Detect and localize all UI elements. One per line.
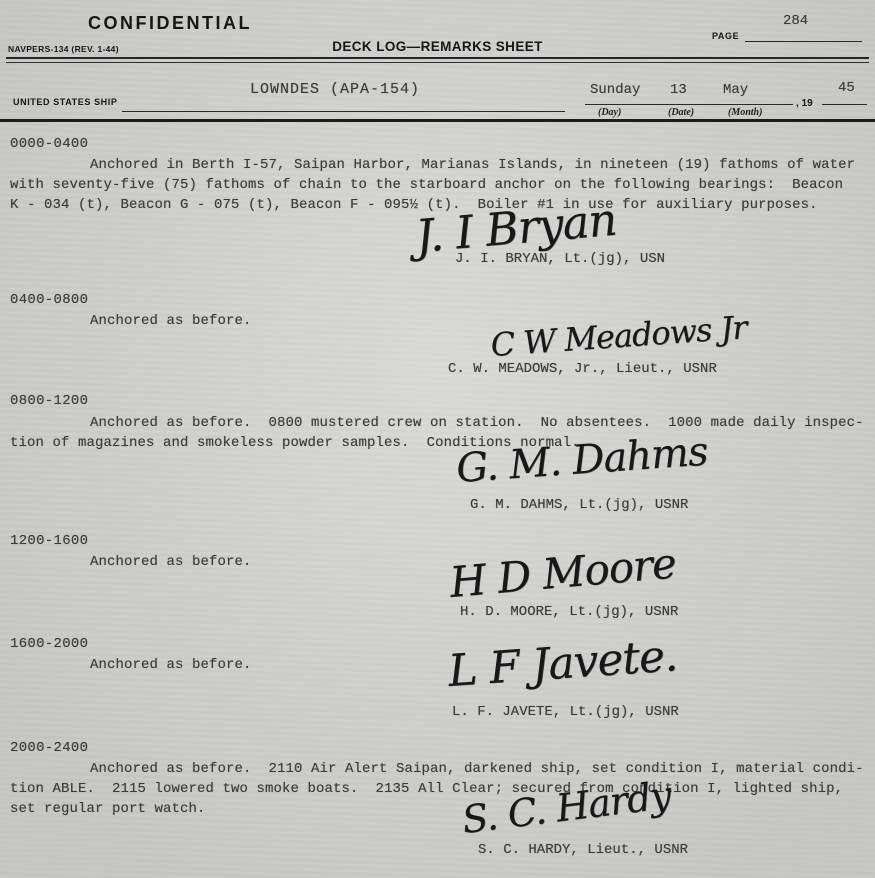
year-prefix: , 19	[796, 98, 813, 109]
typed-signature: C. W. MEADOWS, Jr., Lieut., USNR	[448, 361, 717, 377]
watch-period: 1600-2000	[10, 636, 88, 652]
date-month-label: (Month)	[728, 107, 762, 118]
handwritten-signature: H D Moore	[448, 538, 678, 607]
date-date-value: 13	[670, 82, 687, 98]
typed-signature: J. I. BRYAN, Lt.(jg), USN	[455, 251, 665, 267]
form-title: DECK LOG—REMARKS SHEET	[0, 39, 875, 54]
date-day-value: Sunday	[590, 82, 640, 98]
classification-stamp: CONFIDENTIAL	[88, 13, 252, 34]
header-divider	[6, 57, 869, 63]
log-remarks: Anchored as before.	[10, 552, 868, 572]
watch-period: 2000-2400	[10, 740, 88, 756]
watch-period: 0400-0800	[10, 292, 88, 308]
typed-signature: L. F. JAVETE, Lt.(jg), USNR	[452, 704, 679, 720]
ship-label: UNITED STATES SHIP	[13, 97, 117, 107]
log-remarks: Anchored as before. 0800 mustered crew o…	[10, 413, 868, 453]
date-month-value: May	[723, 82, 748, 98]
typed-signature: G. M. DAHMS, Lt.(jg), USNR	[470, 497, 688, 513]
year-value: 45	[838, 80, 855, 96]
typed-signature: H. D. MOORE, Lt.(jg), USNR	[460, 604, 678, 620]
date-day-label: (Day)	[598, 107, 621, 118]
date-date-label: (Date)	[668, 107, 694, 118]
log-remarks: Anchored as before.	[10, 655, 868, 675]
year-line	[822, 103, 867, 105]
deck-log-remarks-sheet: CONFIDENTIAL PAGE 284 NAVPERS-134 (REV. …	[0, 0, 875, 878]
watch-period: 0000-0400	[10, 136, 88, 152]
ship-name-line	[122, 110, 565, 112]
ship-section-divider	[0, 119, 875, 122]
typed-signature: S. C. HARDY, Lieut., USNR	[478, 842, 688, 858]
log-remarks: Anchored in Berth I-57, Saipan Harbor, M…	[10, 155, 868, 215]
watch-period: 0800-1200	[10, 393, 88, 409]
handwritten-signature: L F Javete.	[446, 630, 678, 697]
page-number: 284	[783, 13, 808, 29]
ship-name: LOWNDES (APA-154)	[250, 81, 420, 98]
log-remarks: Anchored as before. 2110 Air Alert Saipa…	[10, 759, 868, 819]
date-line	[585, 103, 793, 105]
watch-period: 1200-1600	[10, 533, 88, 549]
